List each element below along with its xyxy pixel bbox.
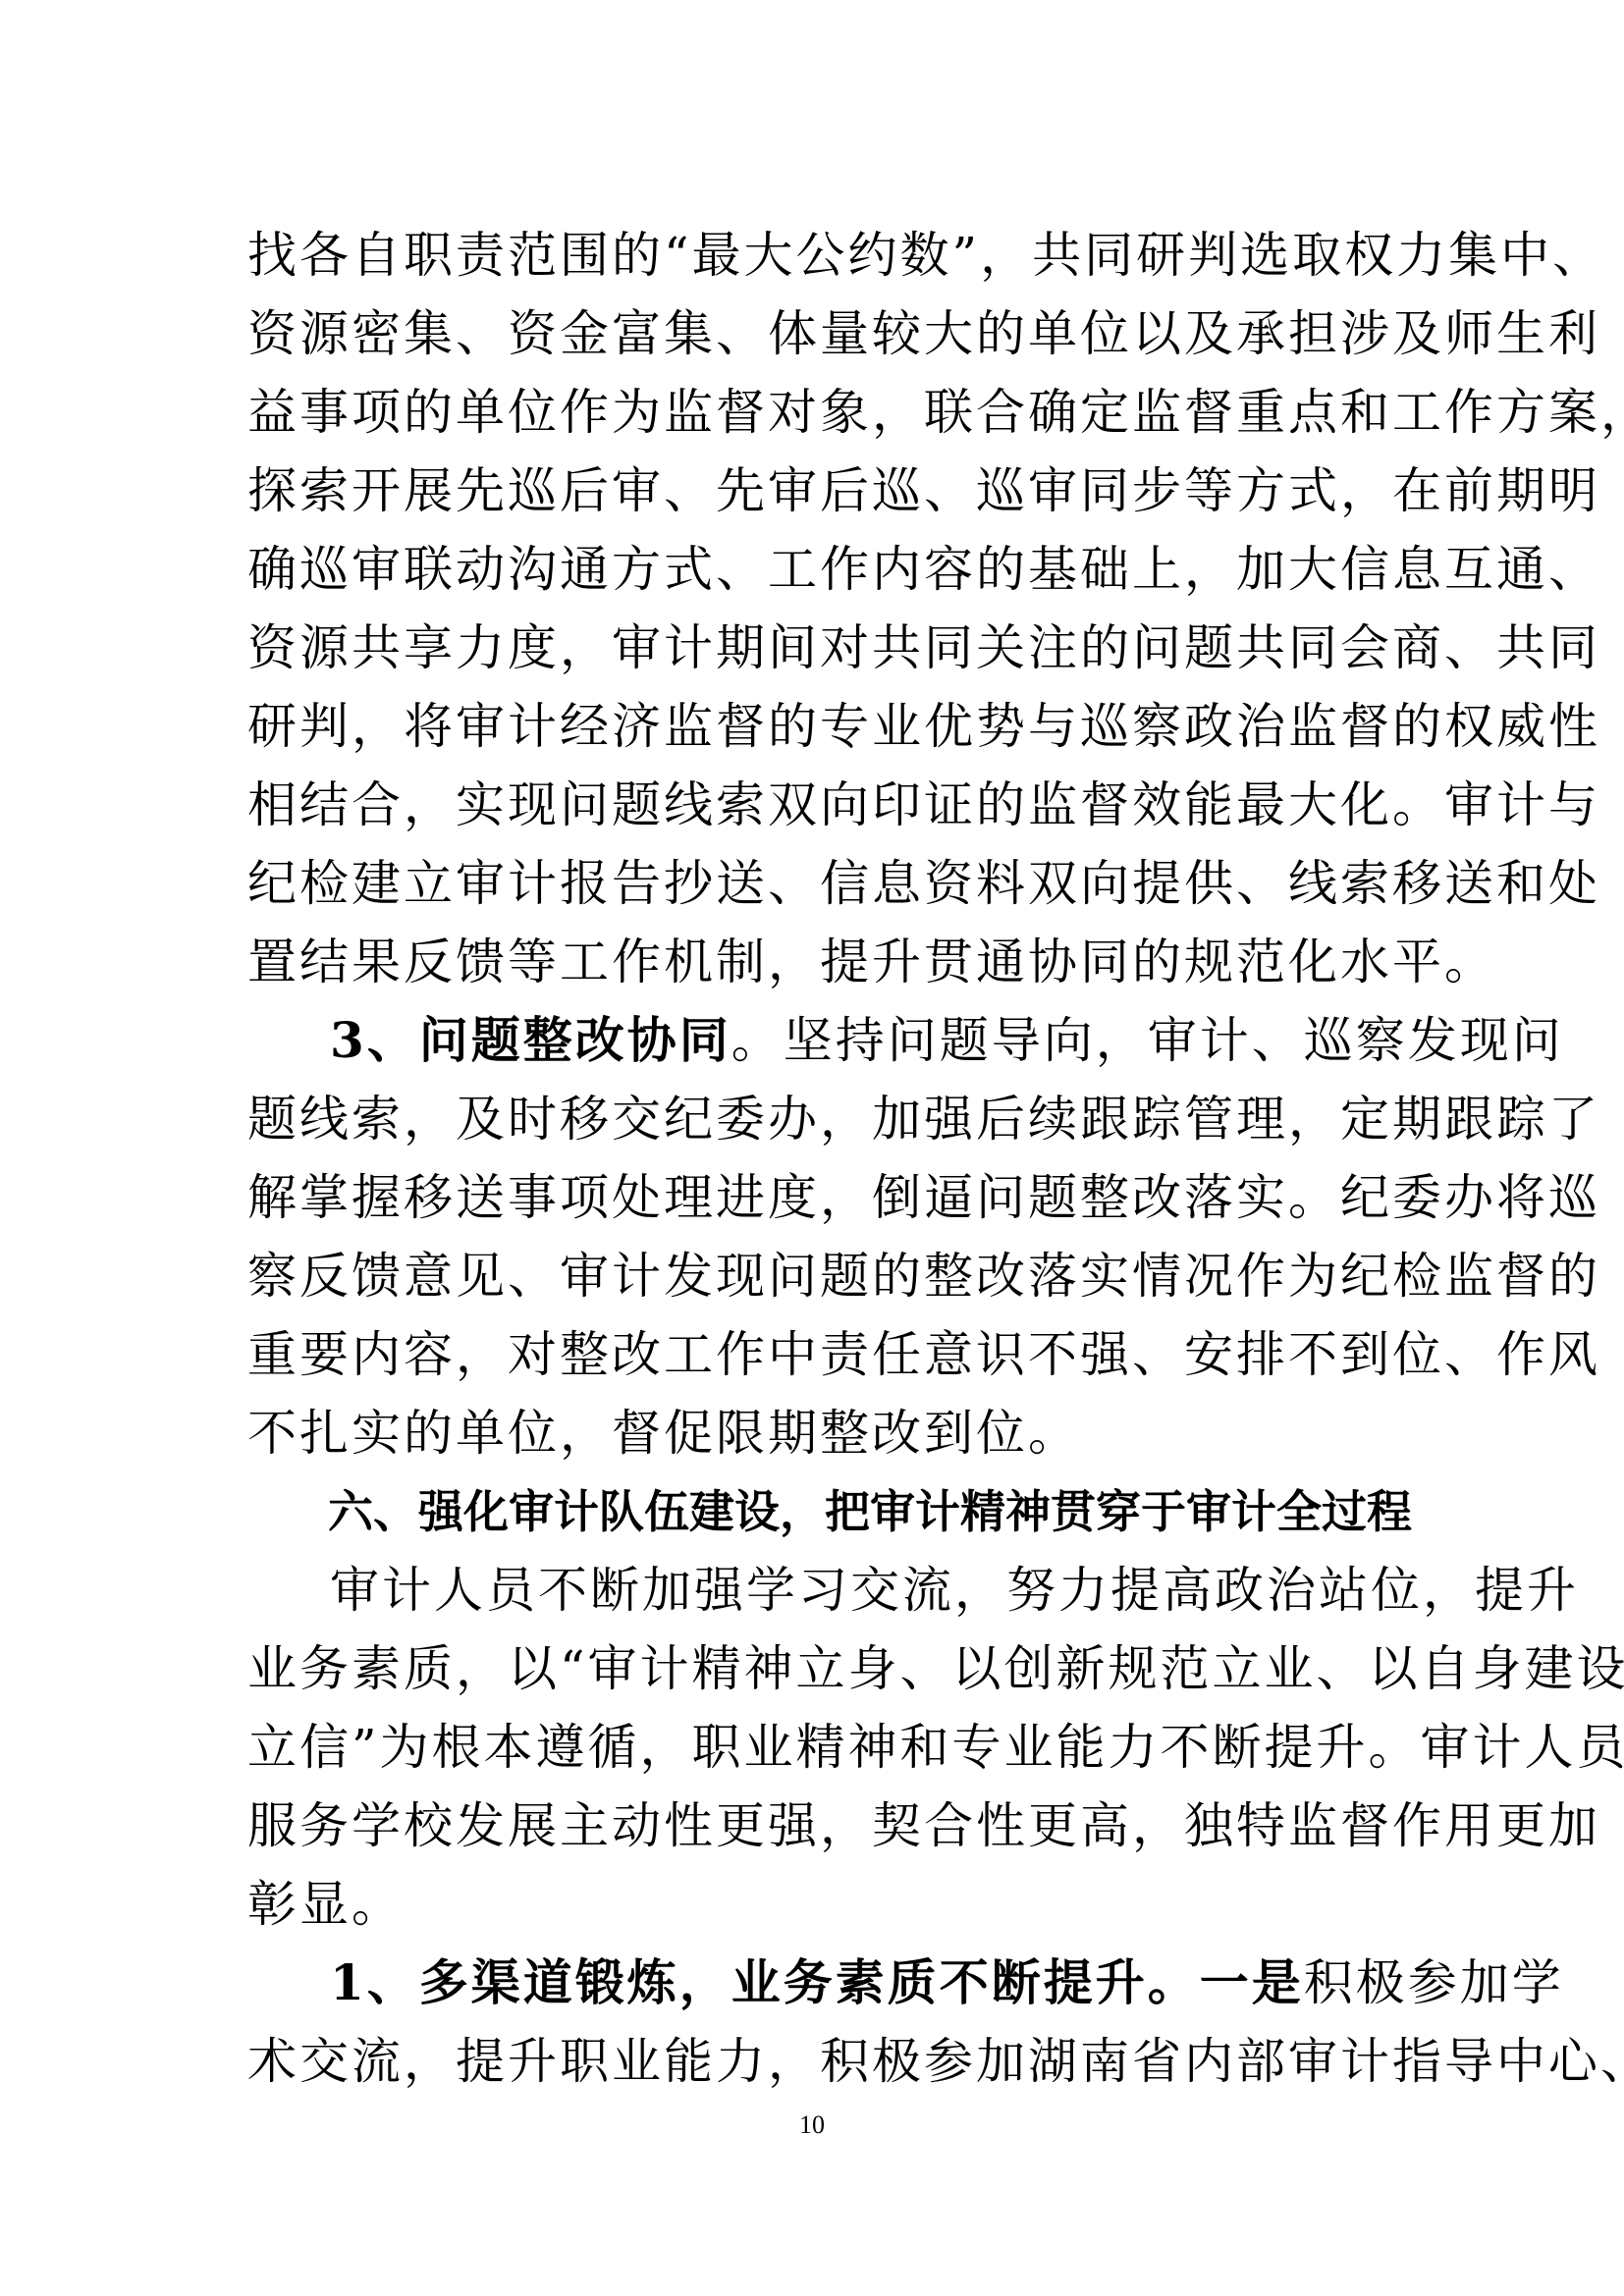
page-number: 10: [0, 2110, 1624, 2140]
text-line: 相结合，实现问题线索双向印证的监督效能最大化。审计与: [247, 766, 1396, 844]
paragraph-6-1-lead: 1、多渠道锻炼，业务素质不断提升。一是: [330, 1953, 1304, 2011]
text-line: 找各自职责范围的“最大公约数”，共同研判选取权力集中、: [247, 216, 1396, 294]
text-line: 益事项的单位作为监督对象，联合确定监督重点和工作方案，: [247, 373, 1396, 452]
text-line: 术交流，提升职业能力，积极参加湖南省内部审计指导中心、: [247, 2022, 1396, 2101]
text-line: 确巡审联动沟通方式、工作内容的基础上，加大信息互通、: [247, 530, 1396, 609]
document-body: 找各自职责范围的“最大公约数”，共同研判选取权力集中、 资源密集、资金富集、体量…: [247, 216, 1396, 2101]
paragraph-6-first-line: 审计人员不断加强学习交流，努力提高政治站位，提升: [247, 1551, 1396, 1629]
text-line: 立信”为根本遵循，职业精神和专业能力不断提升。审计人员: [247, 1708, 1396, 1787]
section-heading: 六、强化审计队伍建设，把审计精神贯穿于审计全过程: [247, 1472, 1396, 1551]
paragraph-6-1-rest: 积极参加学: [1304, 1954, 1564, 2011]
text-line: 资源密集、资金富集、体量较大的单位以及承担涉及师生利: [247, 294, 1396, 373]
text-line: 服务学校发展主动性更强，契合性更高，独特监督作用更加: [247, 1787, 1396, 1865]
text-line: 察反馈意见、审计发现问题的整改落实情况作为纪检监督的: [247, 1237, 1396, 1315]
text-line: 业务素质，以“审计精神立身、以创新规范立业、以自身建设: [247, 1629, 1396, 1708]
paragraph-3-first-line: 3、问题整改协同。坚持问题导向，审计、巡察发现问: [247, 1001, 1396, 1080]
text-line: 题线索，及时移交纪委办，加强后续跟踪管理，定期跟踪了: [247, 1080, 1396, 1158]
text-line: 探索开展先巡后审、先审后巡、巡审同步等方式，在前期明: [247, 452, 1396, 530]
text-line: 彰显。: [247, 1865, 1396, 1944]
text-line: 不扎实的单位，督促限期整改到位。: [247, 1394, 1396, 1472]
text-line: 置结果反馈等工作机制，提升贯通协同的规范化水平。: [247, 923, 1396, 1001]
text-line: 纪检建立审计报告抄送、信息资料双向提供、线索移送和处: [247, 844, 1396, 923]
text-line: 重要内容，对整改工作中责任意识不强、安排不到位、作风: [247, 1315, 1396, 1394]
paragraph-3-rest: 。坚持问题导向，审计、巡察发现问: [731, 1012, 1564, 1069]
paragraph-6-1-first-line: 1、多渠道锻炼，业务素质不断提升。一是积极参加学: [247, 1944, 1396, 2022]
text-line: 资源共享力度，审计期间对共同关注的问题共同会商、共同: [247, 609, 1396, 687]
text-line: 解掌握移送事项处理进度，倒逼问题整改落实。纪委办将巡: [247, 1158, 1396, 1237]
paragraph-3-lead: 3、问题整改协同: [330, 1011, 731, 1069]
text-line: 研判，将审计经济监督的专业优势与巡察政治监督的权威性: [247, 687, 1396, 766]
